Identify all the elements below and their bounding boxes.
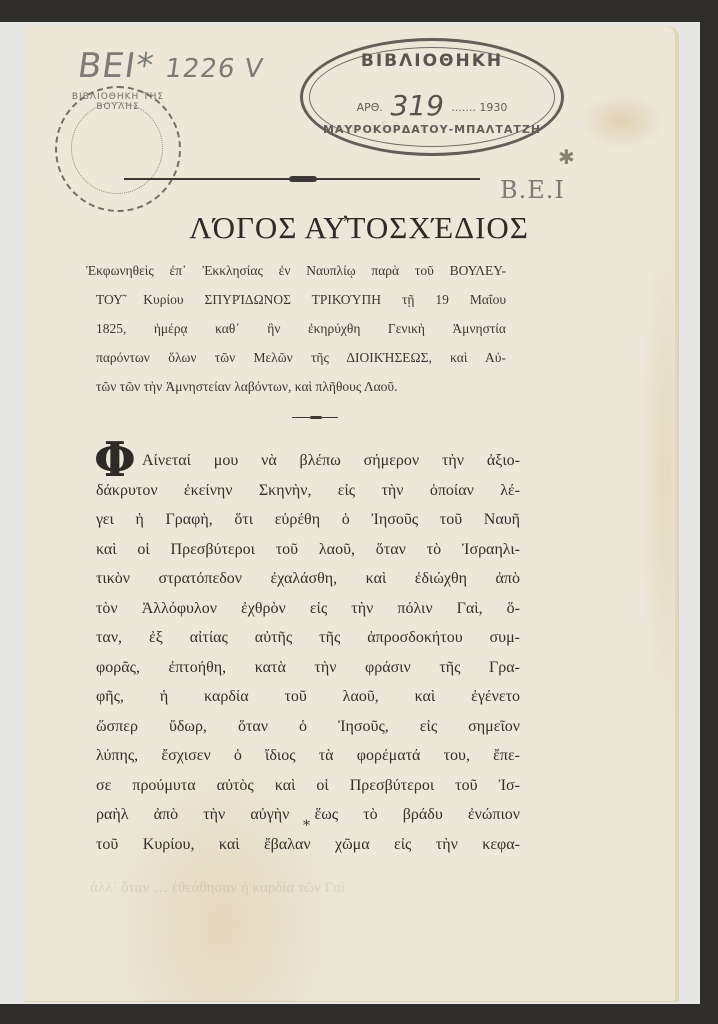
body-line: τικὸν στρατόπεδον ἐχαλάσθη, καὶ ἐδιώχθη … xyxy=(96,564,520,594)
body-line: λύπης, ἔσχισεν ὁ ἴδιος τὰ φορέματά του, … xyxy=(96,741,520,771)
ornamental-rule-knot xyxy=(289,176,317,182)
body-line: ὥσπερ ὕδωρ, ὅταν ὁ Ἰησοῦς, εἰς σημεῖον xyxy=(96,712,520,742)
body-line: σε προύμυτα αὐτὸς καὶ οἱ Πρεσβύτεροι τοῦ… xyxy=(96,771,520,801)
body-line: φῆς, ἡ καρδία τοῦ λαοῦ, καὶ ἐγένετο xyxy=(96,682,520,712)
oval-stamp-handwritten-number: 319 xyxy=(390,89,443,122)
section-divider xyxy=(292,417,338,418)
subtitle-line: ΤΟΥ̃ Κυρίου ΣΠΥΡΊΔΩΝΟΣ ΤΡΙΚΟΎΠΗ τῇ 19 Μα… xyxy=(86,285,506,314)
subtitle-line: 1825, ἡμέρᾳ καθ᾽ ἣν ἐκηρύχθη Γενικὴ Ἀμνη… xyxy=(86,314,506,343)
subtitle-line: Ἐκφωνηθεὶς ἐπ᾽ Ἐκκλησίας ἐν Ναυπλίῳ παρὰ… xyxy=(86,256,506,285)
oval-stamp-number-label: ΑΡΘ. xyxy=(357,101,383,114)
shelfmark-number: 1226 V xyxy=(163,54,265,84)
document-subtitle: Ἐκφωνηθεὶς ἐπ᾽ Ἐκκλησίας ἐν Ναυπλίῳ παρὰ… xyxy=(86,256,506,401)
body-line: καὶ οἱ Πρεσβύτεροι τοῦ λαοῦ, ὅταν τὸ Ἰσρ… xyxy=(96,535,520,565)
body-line: Αίνεταί μου νὰ βλέπω σήμερον τὴν ἀξιο- xyxy=(96,446,520,476)
body-line: γει ἡ Γραφὴ, ὅτι εὑρέθη ὁ Ἰησοῦς τοῦ Ναυ… xyxy=(96,505,520,535)
document-title: ΛΌΓΟΣ ΑΥ̓ΤΟΣΧΈΔΙΟΣ xyxy=(0,210,718,246)
body-text: Αίνεταί μου νὰ βλέπω σήμερον τὴν ἀξιο- δ… xyxy=(96,446,520,859)
body-line: ταν, ἐξ αἰτίας αὐτῆς τῆς ἀπροσδοκήτου συ… xyxy=(96,623,520,653)
body-line: φορᾶς, ἐπτοήθη, κατὰ τὴν φράσιν τῆς Γρα- xyxy=(96,653,520,683)
library-oval-stamp: ΒΙΒΛΙΟΘΗΚΗ ΑΡΘ. 319 ....... 1930 ΜΑΥΡΟΚΟ… xyxy=(300,38,564,156)
show-through-text: ἀλλ᾽ ὅταν … ἐθεάθησαν ἡ καρδία τῶν Γαὶ xyxy=(90,880,345,897)
shelfmark-letters: BEI* xyxy=(75,46,156,86)
library-round-stamp: ΒΙΒΛΙΟΘΗΚΗ ΤΗΣ ΒΟΥΛΗΣ xyxy=(55,86,181,212)
pencil-star-mark: ✱ xyxy=(558,145,575,169)
ornamental-rule xyxy=(124,178,480,180)
oval-stamp-bottom-text: ΜΑΥΡΟΚΟΡΔΑΤΟΥ-ΜΠΑΛΤΑΤΖΗ xyxy=(303,123,561,136)
oval-stamp-top-text: ΒΙΒΛΙΟΘΗΚΗ xyxy=(303,51,561,71)
signature-mark: * xyxy=(303,818,310,834)
body-line: δάκρυτον ἐκείνην Σκηνὴν, εἰς τὴν ὁποίαν … xyxy=(96,476,520,506)
pencil-shelfmark: BEI* 1226 V xyxy=(75,46,266,86)
oval-stamp-year: 1930 xyxy=(479,101,507,114)
oval-stamp-number-line: ΑΡΘ. 319 ....... 1930 xyxy=(303,85,561,118)
oval-stamp-dots: ....... xyxy=(451,101,475,114)
subtitle-line: παρόντων ὅλων τῶν Μελῶν τῆς ΔΙΟΙΚΉΣΕΩΣ, … xyxy=(86,343,506,372)
body-line: τὸν Ἀλλόφυλον ἐχθρὸν εἰς τὴν πόλιν Γαὶ, … xyxy=(96,594,520,624)
round-stamp-emblem xyxy=(71,102,163,194)
pencil-mark-bei: B.E.I xyxy=(500,176,565,204)
subtitle-line: τῶν τῶν τὴν Ἀμνηστείαν λαβόντων, καὶ πλῆ… xyxy=(86,372,506,401)
